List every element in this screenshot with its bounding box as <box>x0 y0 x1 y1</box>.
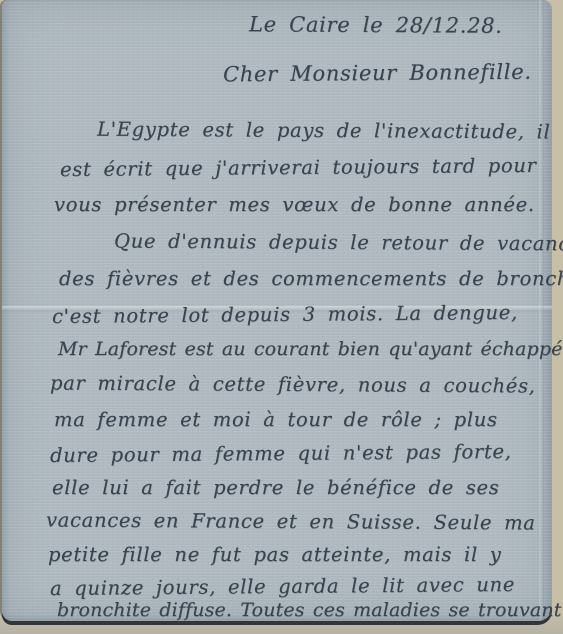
letter-paper: Le Caire le 28/12.28. Cher Monsieur Bonn… <box>2 0 552 621</box>
letter-line: a quinze jours, elle garda le lit avec u… <box>50 573 515 600</box>
letter-line: bronchite diffuse. Toutes ces maladies s… <box>57 599 562 621</box>
letter-line: vacances en France et en Suisse. Seule m… <box>46 509 536 535</box>
vertical-fold-crease <box>539 0 544 621</box>
letter-line: Que d'ennuis depuis le retour de vacance… <box>114 230 563 256</box>
letter-line: ma femme et moi à tour de rôle ; plus <box>54 408 498 431</box>
letter-line: des fièvres et des commencements de bron… <box>59 267 563 290</box>
letter-line: elle lui a fait perdre le bénéfice de se… <box>52 476 500 499</box>
letter-line: dure pour ma femme qui n'est pas forte, <box>50 440 512 467</box>
letter-line: vous présenter mes vœux de bonne année. <box>54 193 535 216</box>
letter-line: L'Egypte est le pays de l'inexactitude, … <box>97 118 551 144</box>
place-date-line: Le Caire le 28/12.28. <box>249 12 503 38</box>
letter-line: est écrit que j'arriverai toujours tard … <box>60 154 537 181</box>
letter-line: Mr Laforest est au courant bien qu'ayant… <box>58 338 563 360</box>
letter-line: petite fille ne fut pas atteinte, mais i… <box>48 543 502 566</box>
letter-line: par miracle à cette fièvre, nous a couch… <box>50 372 536 398</box>
letter-line: c'est notre lot depuis 3 mois. La dengue… <box>52 301 518 328</box>
salutation-line: Cher Monsieur Bonnefille. <box>223 60 532 87</box>
